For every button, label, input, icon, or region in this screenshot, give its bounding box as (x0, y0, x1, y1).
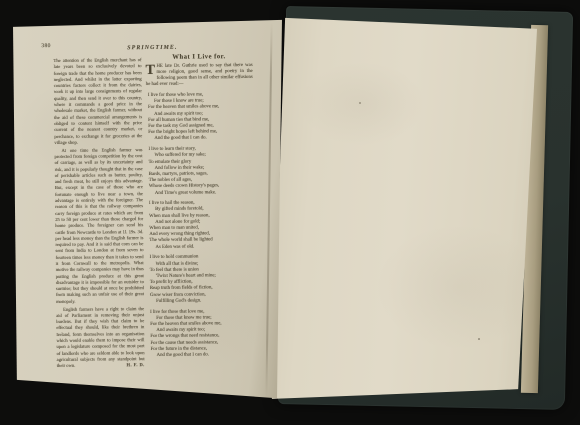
article-paragraph: The attention of the English merchant ha… (54, 57, 143, 146)
poem-stanza: I live to learn their story,Who suffered… (148, 146, 254, 197)
open-book-photo: 380 SPRINGTIME. The attention of the Eng… (0, 0, 580, 425)
poem-line: As Eden was of old. (149, 244, 254, 251)
article-paragraph: At one time the English farmer was prote… (54, 147, 144, 305)
poem-line: And the good that I can do. (148, 135, 253, 142)
author-initials: H. F. D. (117, 362, 145, 369)
article-paragraph: English farmers have a right to claim th… (56, 306, 145, 370)
left-page-text: 380 SPRINGTIME. The attention of the Eng… (0, 0, 580, 425)
poem-line: And the good that I can do. (151, 352, 256, 359)
poem-stanza: I live to hail the season,By gifted mind… (149, 200, 255, 251)
running-header: SPRINGTIME. (53, 44, 251, 52)
poem-intro: THE late Dr. Guthrie used to say that th… (146, 63, 253, 89)
poem-stanzas: I live for those who love me,For those I… (146, 92, 256, 359)
poem-stanza: I live for those who love me,For those I… (148, 92, 254, 143)
poem-title: What I Live for. (145, 54, 252, 61)
poem-line: And Time's great volume make. (149, 189, 254, 196)
poem-stanza: I live for those that love me,For those … (150, 308, 256, 359)
poem-line: Fulfilling God's design. (150, 298, 255, 305)
poem-column: What I Live for. THE late Dr. Guthrie us… (145, 54, 255, 364)
poem-intro-text: HE late Dr. Guthrie used to say that the… (146, 63, 253, 88)
page-number: 380 (41, 43, 50, 49)
dropcap-initial: T (146, 64, 157, 77)
poem-stanza: I live to hold communionWith all that is… (150, 254, 256, 305)
article-column: The attention of the English merchant ha… (54, 57, 145, 371)
